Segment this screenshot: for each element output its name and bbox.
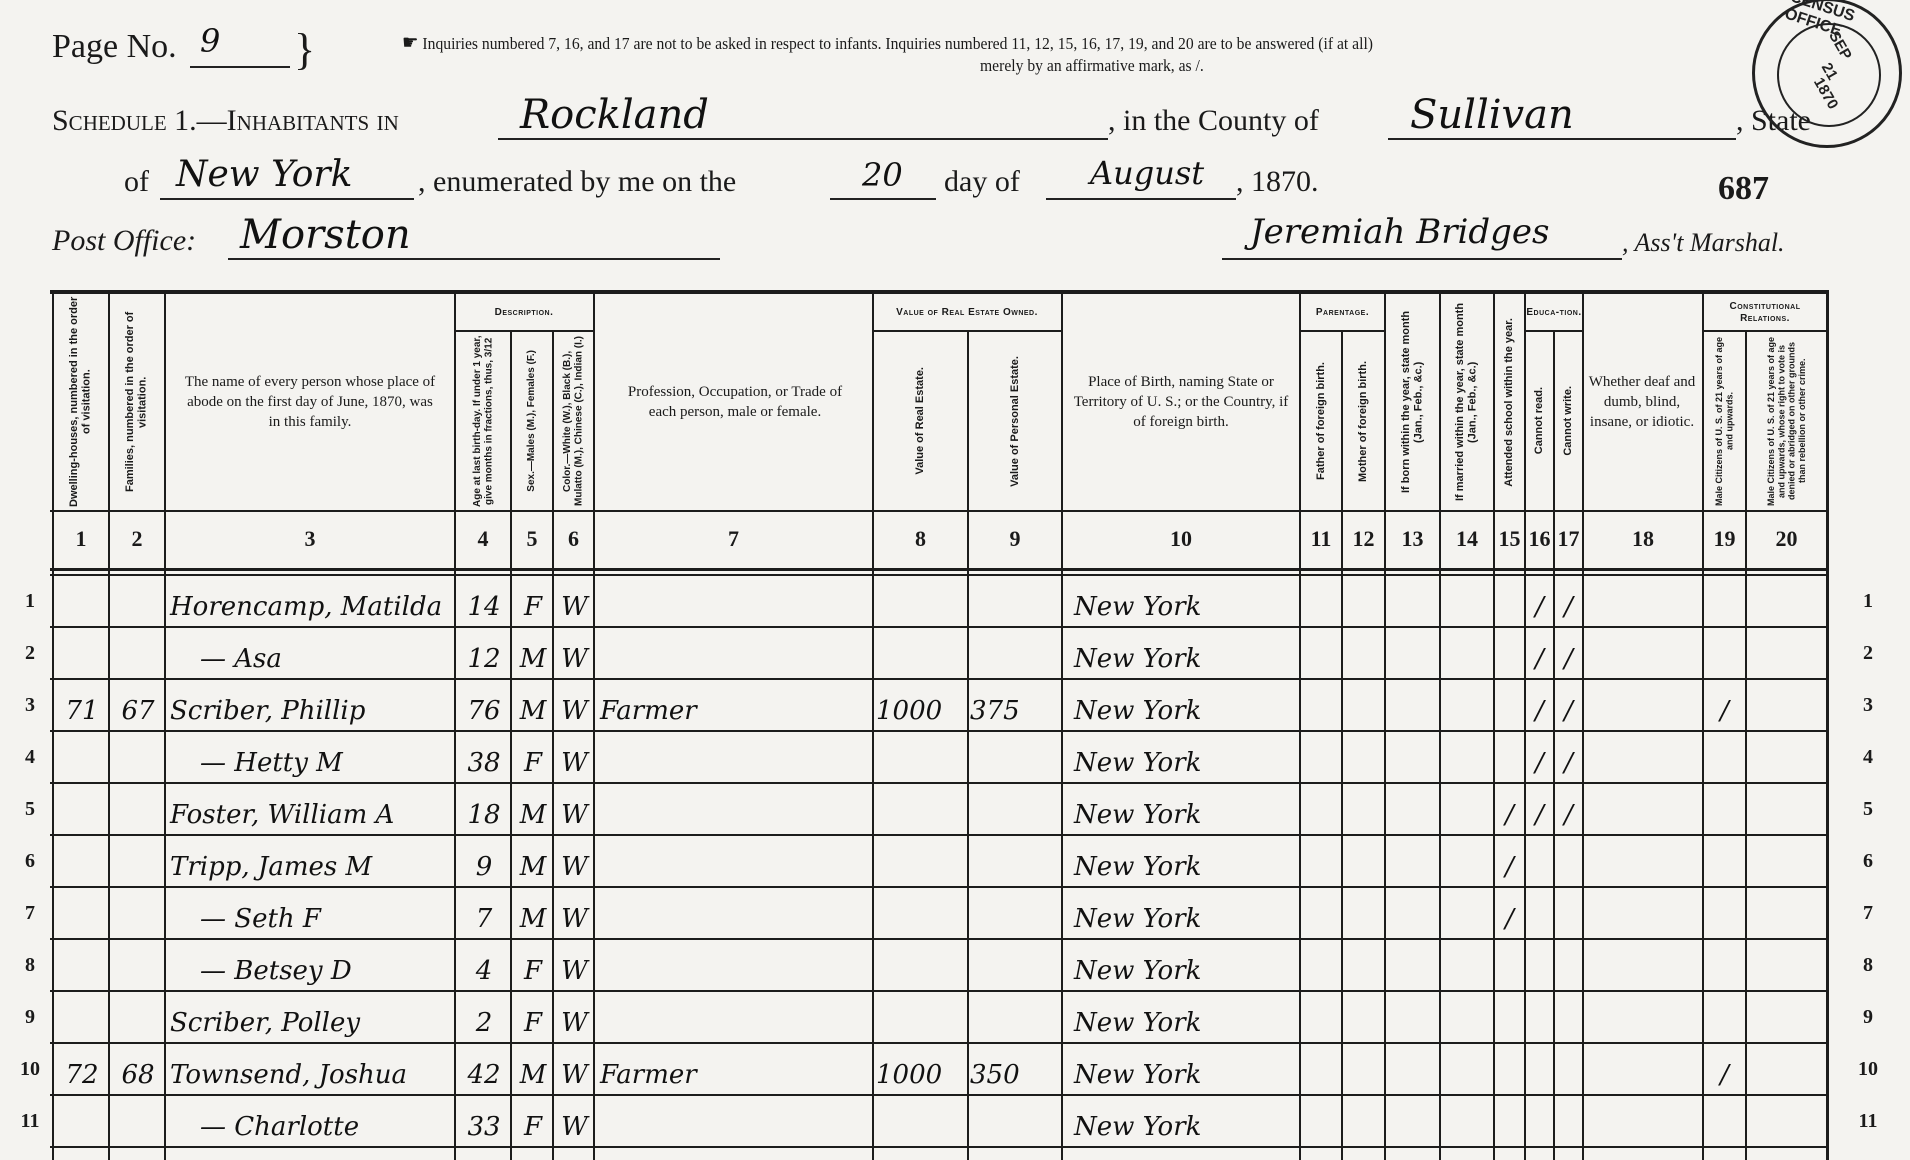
col-num-17: 17 (1555, 514, 1582, 564)
col-header-8-label: Value of Real Estate. (914, 367, 927, 475)
cell-sex: M (514, 1040, 552, 1090)
cell-birthplace: New York (1068, 832, 1304, 882)
cell-cannot-write: / (1555, 728, 1582, 778)
cell-cannot-read: / (1526, 676, 1553, 726)
group-parentage: Parentage. (1301, 296, 1384, 330)
line-number-right: 4 (1848, 746, 1888, 769)
group-description: Description. (456, 296, 592, 330)
line-number-left: 9 (10, 1006, 50, 1029)
cell-color: W (556, 676, 593, 726)
day-value: 20 (862, 156, 903, 194)
cell-name: Scriber, Phillip (170, 676, 452, 726)
col-header-16: Cannot read. (1526, 334, 1553, 508)
cell-name: — Seth F (170, 884, 482, 934)
schedule-label-text: Schedule 1.—Inhabitants in (52, 104, 399, 137)
col-header-13: If born within the year, state month (Ja… (1386, 296, 1439, 508)
col-num-11: 11 (1301, 514, 1341, 564)
cell-color: W (556, 936, 593, 986)
cell-age: 76 (458, 676, 510, 726)
cell-color: W (556, 624, 593, 674)
col-header-20: Male Citizens of U. S. of 21 years of ag… (1747, 334, 1826, 508)
line-number-right: 11 (1848, 1110, 1888, 1133)
cell-color: W (556, 780, 593, 830)
cell-birthplace: New York (1068, 572, 1304, 622)
col-header-9-label: Value of Personal Estate. (1009, 356, 1022, 487)
cell-name: — Hetty M (170, 728, 482, 778)
col-header-4: Age at last birth-day. If under 1 year, … (456, 334, 510, 508)
cell-sex: F (514, 728, 552, 778)
line-number-right: 3 (1848, 694, 1888, 717)
line-number-right: 5 (1848, 798, 1888, 821)
col-num-2: 2 (110, 514, 164, 564)
col-num-18: 18 (1584, 514, 1702, 564)
marshal-label: , Ass't Marshal. (1622, 228, 1785, 258)
col-num-8: 8 (874, 514, 967, 564)
cell-family: 68 (112, 1040, 164, 1090)
post-office-label: Post Office: (52, 224, 196, 258)
line-number-right: 10 (1848, 1058, 1888, 1081)
line-number-left: 3 (10, 694, 50, 717)
cell-birthplace: New York (1068, 988, 1304, 1038)
col-header-3: The name of every person whose place of … (180, 296, 440, 508)
cell-color: W (556, 1092, 593, 1142)
year-value: , 1870. (1236, 165, 1319, 199)
cell-cannot-read: / (1526, 728, 1553, 778)
line-number-left: 1 (10, 590, 50, 613)
cell-cannot-read: / (1526, 780, 1553, 830)
page-number-label: Page No. (52, 28, 177, 66)
cell-age: 33 (458, 1092, 510, 1142)
col-header-16-label: Cannot read. (1533, 387, 1546, 454)
cell-personal-estate: 375 (970, 676, 1060, 726)
enumerated-label: , enumerated by me on the (418, 165, 736, 199)
col-num-14: 14 (1441, 514, 1493, 564)
cell-sex: M (514, 780, 552, 830)
group-value-estate: Value of Real Estate Owned. (874, 296, 1060, 330)
census-office-stamp: CENSUS OFFICE SEP 21 1870 (1752, 0, 1902, 148)
col-header-2: Families, numbered in the order of visit… (110, 296, 164, 508)
line-number-right: 8 (1848, 954, 1888, 977)
brace-glyph: } (294, 24, 315, 75)
col-num-10: 10 (1063, 514, 1299, 564)
col-header-5: Sex.—Males (M.), Females (F.) (512, 334, 552, 508)
line-number-left: 7 (10, 902, 50, 925)
schedule-label: Schedule 1.—Inhabitants in (52, 104, 399, 138)
cell-personal-estate: 350 (970, 1040, 1060, 1090)
cell-dwelling: 71 (56, 676, 108, 726)
col-num-7: 7 (595, 514, 872, 564)
col-num-20: 20 (1747, 514, 1826, 564)
cell-birthplace: New York (1068, 936, 1304, 986)
cell-birthplace: New York (1068, 780, 1304, 830)
cell-color: W (556, 728, 593, 778)
col-header-5-label: Sex.—Males (M.), Females (F.) (526, 350, 538, 492)
line-number-left: 2 (10, 642, 50, 665)
sheet-number: 687 (1718, 170, 1769, 208)
cell-birthplace: New York (1068, 624, 1304, 674)
line-number-left: 4 (10, 746, 50, 769)
cell-name: — Charlotte (170, 1092, 482, 1142)
notice-line-1: Inquiries numbered 7, 16, and 17 are not… (422, 34, 1373, 53)
post-office-value: Morston (240, 212, 411, 258)
cell-cannot-read: / (1526, 624, 1553, 674)
col-header-19-label: Male Citizens of U. S. of 21 years of ag… (1714, 334, 1735, 508)
cell-cannot-write: / (1555, 780, 1582, 830)
col-header-11: Father of foreign birth. (1301, 334, 1341, 508)
col-header-15-label: Attended school within the year. (1503, 318, 1516, 487)
col-header-19: Male Citizens of U. S. of 21 years of ag… (1704, 334, 1745, 508)
line-number-left: 10 (10, 1058, 50, 1081)
col-header-1: Dwelling-houses, numbered in the order o… (54, 296, 108, 508)
col-header-2-label: Families, numbered in the order of visit… (124, 296, 149, 508)
line-number-right: 9 (1848, 1006, 1888, 1029)
cell-cannot-write: / (1555, 572, 1582, 622)
line-number-left: 11 (10, 1110, 50, 1133)
cell-sex: M (514, 832, 552, 882)
cell-sex: M (514, 884, 552, 934)
cell-age: 9 (458, 832, 510, 882)
cell-real-estate: 1000 (876, 1040, 966, 1090)
cell-citizen: / (1704, 1040, 1745, 1090)
col-header-9: Value of Personal Estate. (969, 334, 1061, 508)
marshal-signature: Jeremiah Bridges (1250, 212, 1549, 252)
cell-color: W (556, 832, 593, 882)
cell-name: Foster, William A (170, 780, 452, 830)
cell-sex: F (514, 936, 552, 986)
cell-citizen: / (1704, 676, 1745, 726)
col-header-18: Whether deaf and dumb, blind, insane, or… (1586, 296, 1698, 508)
col-header-8: Value of Real Estate. (874, 334, 966, 508)
cell-sex: F (514, 572, 552, 622)
cell-age: 42 (458, 1040, 510, 1090)
cell-age: 18 (458, 780, 510, 830)
col-num-4: 4 (456, 514, 510, 564)
col-header-4-label: Age at last birth-day. If under 1 year, … (472, 334, 495, 508)
cell-birthplace: New York (1068, 1040, 1304, 1090)
cell-name: — Asa (170, 624, 482, 674)
cell-school: / (1495, 884, 1524, 934)
cell-school: / (1495, 832, 1524, 882)
cell-cannot-read: / (1526, 572, 1553, 622)
col-num-6: 6 (554, 514, 593, 564)
town-value: Rockland (520, 92, 709, 138)
page-label: Page No. (52, 28, 177, 65)
cell-sex: F (514, 1092, 552, 1142)
cell-sex: F (514, 988, 552, 1038)
cell-name: Horencamp, Matilda (170, 572, 452, 622)
cell-sex: M (514, 676, 552, 726)
col-header-15: Attended school within the year. (1495, 296, 1524, 508)
line-number-right: 7 (1848, 902, 1888, 925)
col-header-11-label: Father of foreign birth. (1315, 362, 1328, 480)
day-of-label: day of (944, 165, 1020, 199)
month-value: August (1090, 154, 1204, 192)
cell-real-estate: 1000 (876, 676, 966, 726)
col-header-20-label: Male Citizens of U. S. of 21 years of ag… (1766, 334, 1807, 508)
col-num-15: 15 (1495, 514, 1524, 564)
col-num-9: 9 (969, 514, 1061, 564)
col-num-3: 3 (166, 514, 454, 564)
cell-occupation: Farmer (600, 1040, 870, 1090)
notice-line-2: merely by an affirmative mark, as /. (980, 56, 1204, 76)
line-number-left: 8 (10, 954, 50, 977)
cell-color: W (556, 1040, 593, 1090)
col-header-13-label: If born within the year, state month (Ja… (1400, 296, 1425, 508)
cell-birthplace: New York (1068, 676, 1304, 726)
line-number-right: 2 (1848, 642, 1888, 665)
group-education: Educa-tion. (1526, 296, 1582, 330)
cell-age: 7 (458, 884, 510, 934)
col-num-1: 1 (54, 514, 108, 564)
state-value: New York (176, 154, 352, 195)
col-header-1-label: Dwelling-houses, numbered in the order o… (68, 296, 93, 508)
col-header-14-label: If married within the year, state month … (1454, 296, 1479, 508)
cell-color: W (556, 988, 593, 1038)
of-label: of (124, 165, 149, 199)
cell-age: 14 (458, 572, 510, 622)
cell-name: Townsend, Joshua (170, 1040, 452, 1090)
cell-age: 2 (458, 988, 510, 1038)
cell-age: 4 (458, 936, 510, 986)
page-number: 9 (200, 22, 220, 60)
cell-name: Tripp, James M (170, 832, 452, 882)
cell-name: Scriber, Polley (170, 988, 452, 1038)
cell-school: / (1495, 780, 1524, 830)
cell-birthplace: New York (1068, 728, 1304, 778)
line-number-left: 5 (10, 798, 50, 821)
col-num-19: 19 (1704, 514, 1745, 564)
col-header-6-label: Color.—White (W.), Black (B.), Mulatto (… (562, 334, 585, 508)
col-num-13: 13 (1386, 514, 1439, 564)
group-constitutional: Constitutional Relations. (1704, 296, 1826, 330)
cell-dwelling: 72 (56, 1040, 108, 1090)
cell-occupation: Farmer (600, 676, 870, 726)
col-header-7: Profession, Occupation, or Trade of each… (620, 296, 850, 508)
col-num-12: 12 (1343, 514, 1384, 564)
line-number-left: 6 (10, 850, 50, 873)
pointing-hand-icon: ☛ (402, 32, 419, 54)
notice: ☛ Inquiries numbered 7, 16, and 17 are n… (402, 30, 1457, 55)
col-header-12-label: Mother of foreign birth. (1357, 361, 1370, 482)
col-header-14: If married within the year, state month … (1441, 296, 1493, 508)
line-number-right: 6 (1848, 850, 1888, 873)
cell-cannot-write: / (1555, 676, 1582, 726)
cell-sex: M (514, 624, 552, 674)
col-header-10: Place of Birth, naming State or Territor… (1066, 296, 1296, 508)
cell-age: 38 (458, 728, 510, 778)
cell-cannot-write: / (1555, 624, 1582, 674)
cell-name: — Betsey D (170, 936, 482, 986)
cell-birthplace: New York (1068, 884, 1304, 934)
cell-color: W (556, 884, 593, 934)
col-num-5: 5 (512, 514, 552, 564)
col-num-16: 16 (1526, 514, 1553, 564)
cell-age: 12 (458, 624, 510, 674)
col-header-12: Mother of foreign birth. (1343, 334, 1384, 508)
cell-family: 67 (112, 676, 164, 726)
col-header-6: Color.—White (W.), Black (B.), Mulatto (… (554, 334, 593, 508)
cell-color: W (556, 572, 593, 622)
col-header-17-label: Cannot write. (1562, 386, 1575, 456)
line-number-right: 1 (1848, 590, 1888, 613)
cell-birthplace: New York (1068, 1092, 1304, 1142)
col-header-17: Cannot write. (1555, 334, 1582, 508)
county-label: , in the County of (1108, 104, 1319, 138)
county-value: Sullivan (1410, 92, 1574, 138)
